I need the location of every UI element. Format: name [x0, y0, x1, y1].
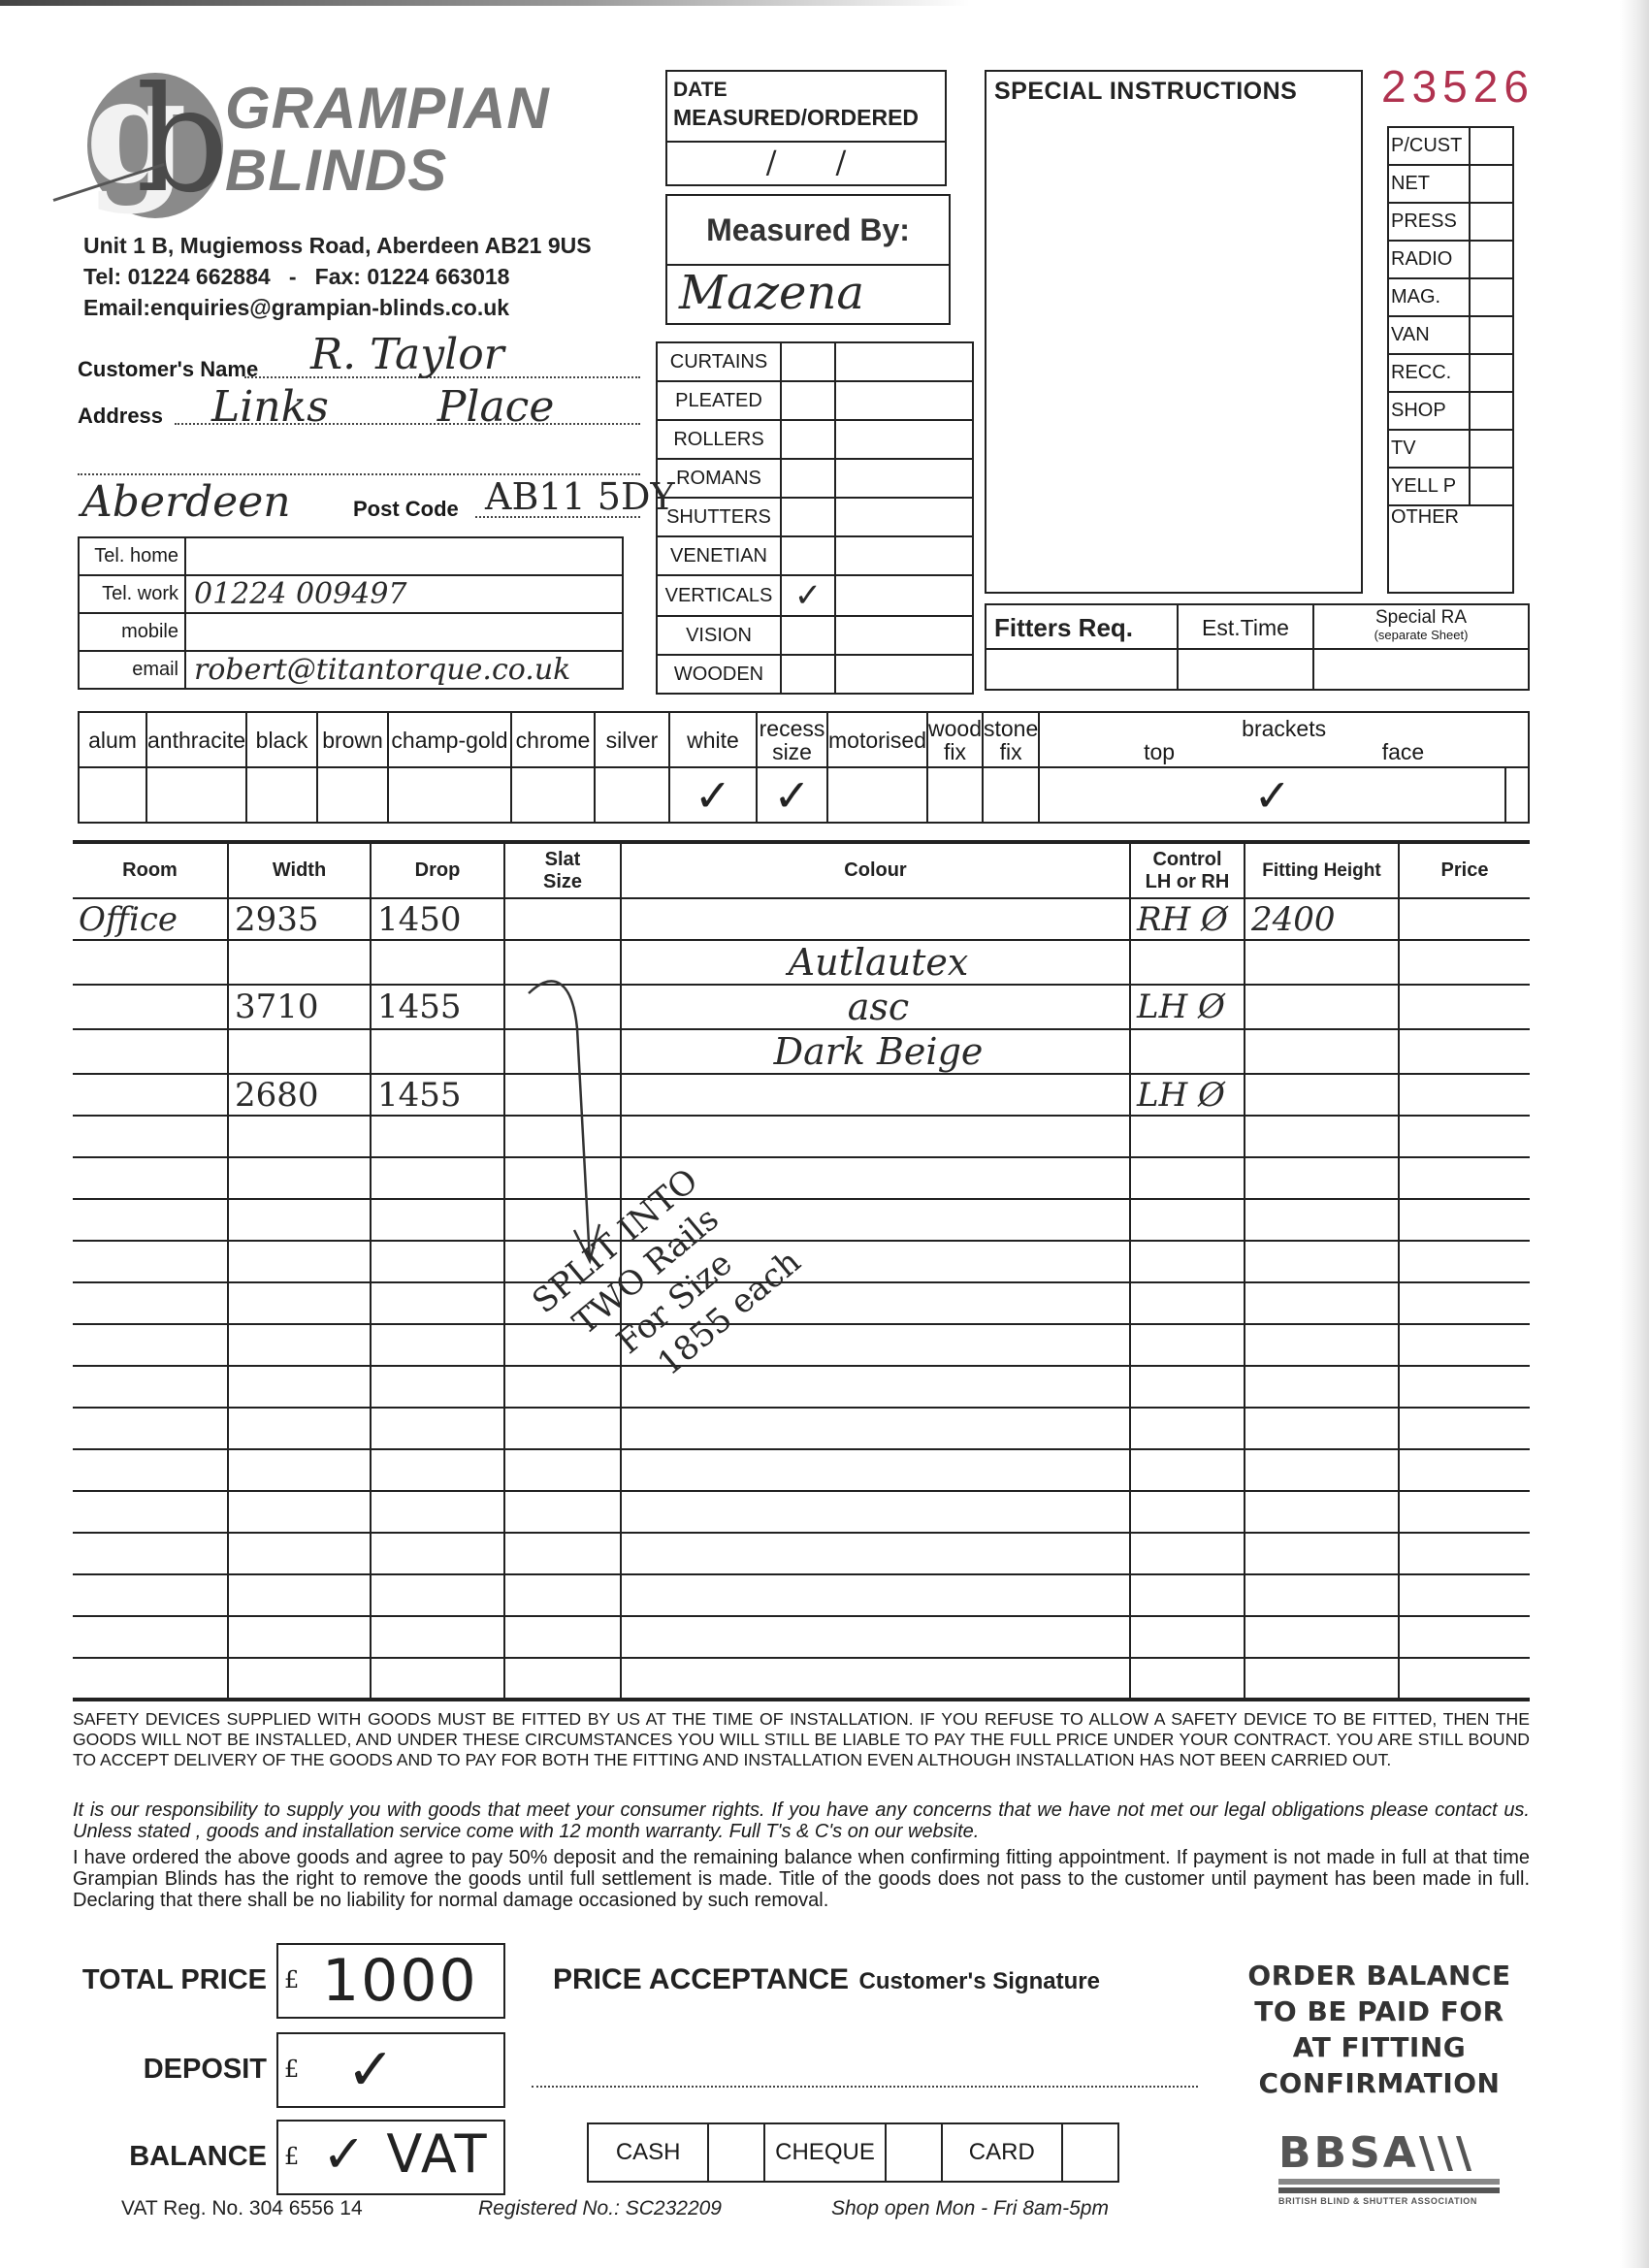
order-cell-room[interactable]: [73, 940, 228, 985]
order-cell-drop[interactable]: [371, 1574, 504, 1616]
blind-type-row: WOODEN: [657, 655, 973, 694]
order-cell-price[interactable]: [1399, 1074, 1530, 1116]
order-row-empty: [73, 1658, 1530, 1700]
order-cell-room[interactable]: [73, 985, 228, 1029]
option-checkbox[interactable]: [388, 767, 511, 823]
contact-value[interactable]: robert@titantorque.co.uk: [185, 651, 623, 689]
balance-label: BALANCE: [68, 2141, 267, 2173]
order-cell-price[interactable]: [1399, 1449, 1530, 1491]
order-cell-drop[interactable]: [371, 1616, 504, 1658]
option-checkbox[interactable]: [511, 767, 595, 823]
order-cell-slat[interactable]: [504, 898, 621, 940]
order-cell-control[interactable]: [1130, 1324, 1245, 1366]
contact-label: Tel. work: [79, 575, 185, 613]
blind-type-label: VENETIAN: [657, 536, 781, 575]
special-instructions-box[interactable]: SPECIAL INSTRUCTIONS: [985, 70, 1363, 594]
order-cell-price[interactable]: [1399, 1616, 1530, 1658]
order-cell-control[interactable]: [1130, 1533, 1245, 1574]
order-cell-room[interactable]: [73, 1241, 228, 1282]
contact-value[interactable]: 01224 009497: [185, 575, 623, 613]
order-cell-slat[interactable]: [504, 1533, 621, 1574]
order-cell-fitting-height[interactable]: [1245, 1074, 1399, 1116]
order-cell-control[interactable]: [1130, 1157, 1245, 1199]
order-cell-drop[interactable]: 1450: [371, 898, 504, 940]
order-cell-room[interactable]: [73, 1616, 228, 1658]
lead-source-checkbox[interactable]: [1470, 430, 1513, 468]
pound-symbol: £: [284, 2143, 299, 2170]
option-header: brown: [317, 712, 388, 767]
blind-type-notes[interactable]: [835, 342, 973, 381]
order-cell-width[interactable]: [228, 1241, 371, 1282]
lead-source-label: RECC.: [1388, 354, 1470, 392]
order-cell-drop[interactable]: [371, 1199, 504, 1241]
order-cell-price[interactable]: [1399, 1408, 1530, 1449]
blind-type-label: ROLLERS: [657, 420, 781, 459]
order-cell-control[interactable]: [1130, 1116, 1245, 1157]
order-cell-width[interactable]: 2680: [228, 1074, 371, 1116]
bbsa-logo-text: BBSA\\\: [1278, 2132, 1500, 2175]
order-cell-price[interactable]: [1399, 1029, 1530, 1074]
contact-row: mobile: [79, 613, 623, 651]
lead-source-label: NET: [1388, 165, 1470, 203]
company-phone-fax: Tel: 01224 662884 - Fax: 01224 663018: [83, 264, 509, 290]
lead-source-row: OTHER: [1388, 505, 1513, 593]
order-cell-slat[interactable]: [504, 1616, 621, 1658]
blind-type-notes[interactable]: [835, 459, 973, 498]
safety-notice: SAFETY DEVICES SUPPLIED WITH GOODS MUST …: [73, 1709, 1530, 1770]
order-cell-fitting-height[interactable]: [1245, 1241, 1399, 1282]
order-cell-fitting-height[interactable]: [1245, 1157, 1399, 1199]
order-row-empty: [73, 1116, 1530, 1157]
order-cell-fitting-height[interactable]: [1245, 1658, 1399, 1700]
order-cell-drop[interactable]: [371, 1157, 504, 1199]
order-cell-room[interactable]: Office: [73, 898, 228, 940]
order-cell-room[interactable]: [73, 1157, 228, 1199]
pound-symbol: £: [284, 1966, 299, 1993]
blind-type-label: VISION: [657, 616, 781, 655]
order-row-empty: [73, 1408, 1530, 1449]
order-cell-room[interactable]: [73, 1574, 228, 1616]
blind-type-checkbox[interactable]: [781, 655, 835, 694]
order-cell-width[interactable]: [228, 1366, 371, 1408]
customer-signature-line[interactable]: [532, 2086, 1198, 2088]
blind-type-checkbox[interactable]: [781, 381, 835, 420]
option-header: anthracite: [146, 712, 246, 767]
deposit-value: ✓: [346, 2036, 397, 2104]
blind-type-notes[interactable]: [835, 381, 973, 420]
bbsa-caption: BRITISH BLIND & SHUTTER ASSOCIATION: [1278, 2196, 1500, 2206]
order-cell-room[interactable]: [73, 1074, 228, 1116]
option-header: black: [246, 712, 317, 767]
option-checkbox[interactable]: [79, 767, 146, 823]
registered-number: Registered No.: SC232209: [478, 2197, 722, 2220]
contact-value[interactable]: [185, 613, 623, 651]
order-cell-slat[interactable]: [504, 1574, 621, 1616]
payment-method-label: CASH: [588, 2123, 708, 2182]
total-price-label: TOTAL PRICE: [68, 1964, 267, 1996]
order-cell-width[interactable]: [228, 1616, 371, 1658]
blind-type-checkbox[interactable]: [781, 498, 835, 536]
option-checkbox[interactable]: [317, 767, 388, 823]
blind-type-checkbox[interactable]: [781, 459, 835, 498]
order-cell-price[interactable]: [1399, 1282, 1530, 1324]
bbsa-logo: BBSA\\\ BRITISH BLIND & SHUTTER ASSOCIAT…: [1278, 2132, 1500, 2206]
order-cell-fitting-height[interactable]: [1245, 1029, 1399, 1074]
option-header: champ-gold: [388, 712, 511, 767]
company-address: Unit 1 B, Mugiemoss Road, Aberdeen AB21 …: [83, 233, 592, 259]
blind-type-checkbox[interactable]: [781, 616, 835, 655]
blind-type-label: PLEATED: [657, 381, 781, 420]
order-cell-price[interactable]: [1399, 1574, 1530, 1616]
form-number: 23526: [1381, 60, 1535, 113]
order-cell-width[interactable]: [228, 1658, 371, 1700]
payment-method-checkbox[interactable]: [886, 2123, 942, 2182]
option-checkbox[interactable]: ✓: [757, 767, 827, 823]
order-cell-price[interactable]: [1399, 1491, 1530, 1533]
address-label: Address: [78, 404, 163, 429]
contact-row: Tel. work01224 009497: [79, 575, 623, 613]
order-cell-fitting-height[interactable]: [1245, 1533, 1399, 1574]
payment-method-checkbox[interactable]: [708, 2123, 764, 2182]
order-cell-colour[interactable]: [621, 1533, 1130, 1574]
special-instructions-label: SPECIAL INSTRUCTIONS: [986, 72, 1361, 112]
order-cell-control[interactable]: [1130, 1491, 1245, 1533]
order-cell-colour[interactable]: asc: [621, 985, 1130, 1029]
company-email: Email:enquiries@grampian-blinds.co.uk: [83, 295, 509, 321]
order-cell-fitting-height[interactable]: [1245, 1491, 1399, 1533]
order-cell-control[interactable]: [1130, 940, 1245, 985]
order-cell-width[interactable]: 2935: [228, 898, 371, 940]
company-name-line1: GRAMPIAN: [225, 80, 550, 138]
order-cell-width[interactable]: [228, 1449, 371, 1491]
order-cell-control[interactable]: [1130, 1616, 1245, 1658]
order-cell-price[interactable]: [1399, 985, 1530, 1029]
option-header: silver: [595, 712, 669, 767]
lead-source-label: OTHER: [1388, 505, 1513, 593]
option-checkbox[interactable]: [827, 767, 927, 823]
order-cell-fitting-height[interactable]: [1245, 1282, 1399, 1324]
scan-right-edge: [1620, 0, 1649, 2268]
order-cell-colour[interactable]: [621, 1491, 1130, 1533]
contact-value[interactable]: [185, 537, 623, 575]
order-cell-price[interactable]: [1399, 1658, 1530, 1700]
order-cell-width[interactable]: [228, 1533, 371, 1574]
order-cell-width[interactable]: [228, 1157, 371, 1199]
total-price-value: 1000: [322, 1947, 478, 2015]
order-cell-control[interactable]: LH Ø: [1130, 985, 1245, 1029]
order-cell-drop[interactable]: [371, 1491, 504, 1533]
order-cell-drop[interactable]: 1455: [371, 985, 504, 1029]
lead-source-label: SHOP: [1388, 392, 1470, 430]
header-fitting-height: Fitting Height: [1245, 842, 1399, 898]
postcode-value[interactable]: AB11 5DY: [485, 475, 675, 518]
price-acceptance-subtitle: Customer's Signature: [858, 1968, 1099, 1994]
lead-source-checkbox[interactable]: [1470, 165, 1513, 203]
order-cell-slat[interactable]: [504, 1491, 621, 1533]
order-cell-fitting-height[interactable]: [1245, 1574, 1399, 1616]
order-cell-fitting-height[interactable]: [1245, 1199, 1399, 1241]
header-price: Price: [1399, 842, 1530, 898]
blind-type-row: CURTAINS: [657, 342, 973, 381]
options-table: alumanthraciteblackbrownchamp-goldchrome…: [78, 711, 1530, 824]
order-cell-width[interactable]: [228, 1324, 371, 1366]
order-cell-control[interactable]: [1130, 1574, 1245, 1616]
order-cell-room[interactable]: [73, 1199, 228, 1241]
brackets-top-label: top: [1144, 740, 1175, 763]
order-cell-width[interactable]: [228, 1029, 371, 1074]
order-cell-colour[interactable]: [621, 1616, 1130, 1658]
order-cell-colour[interactable]: Dark Beige: [621, 1029, 1130, 1074]
order-cell-slat[interactable]: [504, 1408, 621, 1449]
order-row-empty: [73, 1199, 1530, 1241]
order-cell-room[interactable]: [73, 1658, 228, 1700]
order-cell-drop[interactable]: [371, 1533, 504, 1574]
order-cell-fitting-height[interactable]: [1245, 1324, 1399, 1366]
order-cell-price[interactable]: [1399, 1324, 1530, 1366]
blind-type-checkbox[interactable]: [781, 536, 835, 575]
lead-source-row: TV: [1388, 430, 1513, 468]
order-cell-drop[interactable]: [371, 1282, 504, 1324]
lead-source-row: YELL P: [1388, 468, 1513, 505]
payment-method-table: CASHCHEQUECARD: [587, 2122, 1119, 2183]
lead-source-row: NET: [1388, 165, 1513, 203]
option-header: motorised: [827, 712, 927, 767]
order-cell-price[interactable]: [1399, 940, 1530, 985]
order-cell-price[interactable]: [1399, 1366, 1530, 1408]
order-cell-width[interactable]: [228, 1282, 371, 1324]
order-cell-drop[interactable]: [371, 1449, 504, 1491]
lead-source-checkbox[interactable]: [1470, 127, 1513, 165]
lead-source-checkbox[interactable]: [1470, 468, 1513, 505]
price-acceptance: PRICE ACCEPTANCE Customer's Signature: [553, 1963, 1100, 1996]
contact-label: email: [79, 651, 185, 689]
option-header: recess size: [757, 712, 827, 767]
est-time-label: Est.Time: [1179, 605, 1314, 650]
measured-by-value[interactable]: Mazena: [679, 266, 864, 320]
order-cell-colour[interactable]: [621, 1408, 1130, 1449]
order-cell-room[interactable]: [73, 1491, 228, 1533]
order-cell-colour[interactable]: Autlautex: [621, 940, 1130, 985]
option-header: stone fix: [983, 712, 1039, 767]
order-cell-fitting-height[interactable]: [1245, 985, 1399, 1029]
order-cell-room[interactable]: [73, 1533, 228, 1574]
order-cell-drop[interactable]: [371, 940, 504, 985]
order-row-empty: [73, 1157, 1530, 1199]
contact-label: mobile: [79, 613, 185, 651]
order-cell-width[interactable]: [228, 1574, 371, 1616]
payment-method-label: CHEQUE: [764, 2123, 885, 2182]
order-cell-control[interactable]: [1130, 1366, 1245, 1408]
order-cell-fitting-height[interactable]: [1245, 1116, 1399, 1157]
option-header: white: [669, 712, 757, 767]
blind-type-notes[interactable]: [835, 498, 973, 536]
order-cell-fitting-height[interactable]: [1245, 1366, 1399, 1408]
fitters-req-value[interactable]: [986, 650, 1179, 689]
balance-box[interactable]: £ ✓ VAT: [276, 2120, 505, 2195]
order-cell-fitting-height[interactable]: [1245, 1616, 1399, 1658]
header-control: ControlLH or RH: [1130, 842, 1245, 898]
lead-source-checkbox[interactable]: [1470, 241, 1513, 278]
order-cell-room[interactable]: [73, 1116, 228, 1157]
blind-type-notes[interactable]: [835, 616, 973, 655]
blind-type-row: PLEATED: [657, 381, 973, 420]
order-cell-drop[interactable]: [371, 1324, 504, 1366]
order-cell-slat[interactable]: [504, 1658, 621, 1700]
order-cell-control[interactable]: [1130, 1241, 1245, 1282]
blind-type-checkbox[interactable]: [781, 342, 835, 381]
order-cell-width[interactable]: [228, 940, 371, 985]
lead-source-label: RADIO: [1388, 241, 1470, 278]
blind-type-row: ROLLERS: [657, 420, 973, 459]
vat-number: VAT Reg. No. 304 6556 14: [121, 2197, 363, 2220]
order-row: 26801455LH Ø: [73, 1074, 1530, 1116]
deposit-box[interactable]: £ ✓: [276, 2032, 505, 2108]
order-cell-colour[interactable]: [621, 1574, 1130, 1616]
total-price-box[interactable]: £ 1000: [276, 1943, 505, 2019]
order-cell-drop[interactable]: [371, 1241, 504, 1282]
order-row-empty: [73, 1366, 1530, 1408]
order-cell-control[interactable]: [1130, 1449, 1245, 1491]
order-cell-width[interactable]: 3710: [228, 985, 371, 1029]
header-width: Width: [228, 842, 371, 898]
shop-hours: Shop open Mon - Fri 8am-5pm: [831, 2197, 1109, 2220]
order-cell-fitting-height[interactable]: [1245, 1449, 1399, 1491]
blind-type-notes[interactable]: [835, 536, 973, 575]
deposit-label: DEPOSIT: [68, 2054, 267, 2086]
lead-source-label: MAG.: [1388, 278, 1470, 316]
order-cell-control[interactable]: LH Ø: [1130, 1074, 1245, 1116]
order-cell-control[interactable]: [1130, 1029, 1245, 1074]
order-cell-fitting-height[interactable]: 2400: [1245, 898, 1399, 940]
header-room: Room: [73, 842, 228, 898]
option-checkbox[interactable]: ✓: [669, 767, 757, 823]
blind-type-checkbox[interactable]: ✓: [781, 575, 835, 616]
contact-row: emailrobert@titantorque.co.uk: [79, 651, 623, 689]
order-cell-control[interactable]: RH Ø: [1130, 898, 1245, 940]
scan-top-edge: [0, 0, 970, 6]
blind-type-checkbox[interactable]: [781, 420, 835, 459]
option-header: chrome: [511, 712, 595, 767]
order-row-empty: [73, 1533, 1530, 1574]
customer-name-value[interactable]: R. Taylor: [310, 330, 504, 379]
order-cell-width[interactable]: [228, 1408, 371, 1449]
order-cell-colour[interactable]: [621, 1658, 1130, 1700]
lead-source-row: RECC.: [1388, 354, 1513, 392]
date-value[interactable]: / /: [667, 144, 945, 180]
order-cell-room[interactable]: [73, 1449, 228, 1491]
lead-source-checkbox[interactable]: [1470, 316, 1513, 354]
order-cell-room[interactable]: [73, 1324, 228, 1366]
order-row: Dark Beige: [73, 1029, 1530, 1074]
order-cell-width[interactable]: [228, 1491, 371, 1533]
order-cell-price[interactable]: [1399, 1199, 1530, 1241]
order-cell-colour[interactable]: [621, 1449, 1130, 1491]
lead-source-checkbox[interactable]: [1470, 392, 1513, 430]
order-cell-price[interactable]: [1399, 1157, 1530, 1199]
order-cell-fitting-height[interactable]: [1245, 940, 1399, 985]
order-cell-control[interactable]: [1130, 1282, 1245, 1324]
order-cell-control[interactable]: [1130, 1658, 1245, 1700]
lead-source-checkbox[interactable]: [1470, 203, 1513, 241]
order-cell-width[interactable]: [228, 1116, 371, 1157]
order-cell-room[interactable]: [73, 1029, 228, 1074]
order-cell-drop[interactable]: 1455: [371, 1074, 504, 1116]
consumer-rights-notice: It is our responsibility to supply you w…: [73, 1799, 1530, 1842]
header-colour: Colour: [621, 842, 1130, 898]
order-cell-colour[interactable]: [621, 1366, 1130, 1408]
order-cell-drop[interactable]: [371, 1366, 504, 1408]
order-cell-colour[interactable]: [621, 898, 1130, 940]
lead-source-checkbox[interactable]: [1470, 278, 1513, 316]
option-checkbox[interactable]: [595, 767, 669, 823]
date-box: DATE MEASURED/ORDERED / /: [665, 70, 947, 186]
order-cell-price[interactable]: [1399, 898, 1530, 940]
order-cell-room[interactable]: [73, 1366, 228, 1408]
contact-table: Tel. homeTel. work01224 009497mobileemai…: [78, 536, 624, 690]
option-checkbox[interactable]: [983, 767, 1039, 823]
order-cell-slat[interactable]: [504, 1449, 621, 1491]
payment-method-checkbox[interactable]: [1062, 2123, 1118, 2182]
blind-type-notes[interactable]: [835, 655, 973, 694]
order-cell-room[interactable]: [73, 1282, 228, 1324]
blind-type-row: VISION: [657, 616, 973, 655]
lead-source-checkbox[interactable]: [1470, 354, 1513, 392]
postcode-label: Post Code: [353, 497, 459, 522]
order-cell-room[interactable]: [73, 1408, 228, 1449]
order-cell-price[interactable]: [1399, 1241, 1530, 1282]
order-row-empty: [73, 1282, 1530, 1324]
special-ra-value[interactable]: [1314, 650, 1528, 689]
option-checkbox[interactable]: [246, 767, 317, 823]
logo-letter-b: b: [136, 68, 229, 213]
blind-type-label: VERTICALS: [657, 575, 781, 616]
blind-type-row: SHUTTERS: [657, 498, 973, 536]
order-cell-control[interactable]: [1130, 1408, 1245, 1449]
est-time-value[interactable]: [1179, 650, 1314, 689]
order-row: Office29351450RH Ø2400: [73, 898, 1530, 940]
blind-type-notes[interactable]: [835, 575, 973, 616]
order-cell-colour[interactable]: [621, 1074, 1130, 1116]
lead-source-row: PRESS: [1388, 203, 1513, 241]
option-checkbox[interactable]: [146, 767, 246, 823]
address-value-line2[interactable]: Aberdeen: [81, 477, 291, 527]
company-name-line2: BLINDS: [225, 142, 447, 200]
contact-label: Tel. home: [79, 537, 185, 575]
special-ra-header: Special RA (separate Sheet): [1314, 605, 1528, 650]
option-header: alum: [79, 712, 146, 767]
brackets-top-checkbox[interactable]: ✓: [1039, 767, 1505, 823]
order-cell-control[interactable]: [1130, 1199, 1245, 1241]
order-cell-price[interactable]: [1399, 1533, 1530, 1574]
order-cell-fitting-height[interactable]: [1245, 1408, 1399, 1449]
option-checkbox[interactable]: [927, 767, 983, 823]
order-row: 37101455ascLH Ø: [73, 985, 1530, 1029]
order-cell-drop[interactable]: [371, 1408, 504, 1449]
header-drop: Drop: [371, 842, 504, 898]
order-cell-drop[interactable]: [371, 1116, 504, 1157]
fitters-req-label: Fitters Req.: [986, 605, 1179, 650]
special-ra-note: (separate Sheet): [1314, 628, 1528, 642]
order-cell-drop[interactable]: [371, 1029, 504, 1074]
order-cell-drop[interactable]: [371, 1658, 504, 1700]
brackets-face-checkbox[interactable]: [1505, 767, 1529, 823]
order-cell-price[interactable]: [1399, 1116, 1530, 1157]
address-value-line1[interactable]: Links Place: [211, 382, 554, 432]
blind-type-notes[interactable]: [835, 420, 973, 459]
agreement-notice: I have ordered the above goods and agree…: [73, 1847, 1530, 1911]
order-cell-width[interactable]: [228, 1199, 371, 1241]
balance-value: ✓ VAT: [322, 2123, 489, 2185]
